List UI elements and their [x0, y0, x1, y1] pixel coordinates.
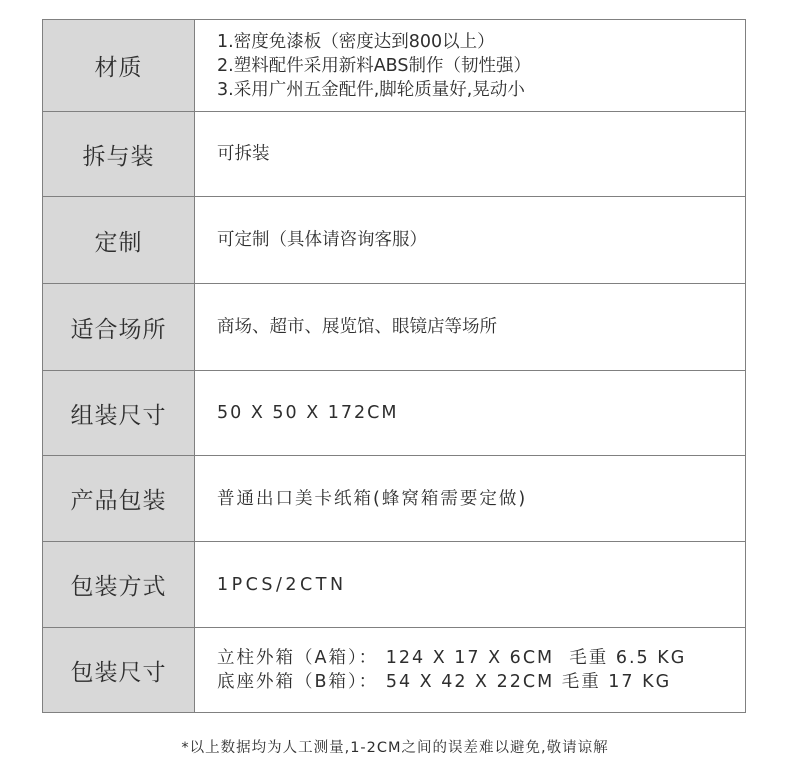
row-label: 适合场所 [43, 284, 195, 370]
row-label: 包装方式 [43, 542, 195, 627]
row-material: 材质 1.密度免漆板（密度达到800以上） 2.塑料配件采用新料ABS制作（韧性… [43, 20, 745, 112]
row-product-packaging: 产品包装 普通出口美卡纸箱(蜂窝箱需要定做) [43, 456, 745, 542]
value-line: 可定制（具体请咨询客服） [217, 228, 745, 252]
footnote: *以上数据均为人工测量,1-2CM之间的误差难以避免,敬请谅解 [0, 736, 790, 757]
row-label: 组装尺寸 [43, 371, 195, 455]
value-line: 2.塑料配件采用新料ABS制作（韧性强） [217, 54, 745, 78]
value-line: 立柱外箱（A箱）： 124 X 17 X 6CM 毛重 6.5 KG [217, 646, 745, 670]
row-label: 材质 [43, 20, 195, 111]
row-label: 包装尺寸 [43, 628, 195, 712]
row-value: 可定制（具体请咨询客服） [195, 197, 745, 283]
row-assembled-size: 组装尺寸 50 X 50 X 172CM [43, 371, 745, 456]
row-value: 立柱外箱（A箱）： 124 X 17 X 6CM 毛重 6.5 KG 底座外箱（… [195, 628, 745, 712]
value-line: 1.密度免漆板（密度达到800以上） [217, 30, 745, 54]
row-value: 商场、超市、展览馆、眼镜店等场所 [195, 284, 745, 370]
value-line: 商场、超市、展览馆、眼镜店等场所 [217, 315, 745, 339]
row-value: 50 X 50 X 172CM [195, 371, 745, 455]
row-value: 普通出口美卡纸箱(蜂窝箱需要定做) [195, 456, 745, 541]
value-line: 底座外箱（B箱）： 54 X 42 X 22CM 毛重 17 KG [217, 670, 745, 694]
value-line: 普通出口美卡纸箱(蜂窝箱需要定做) [217, 487, 745, 511]
row-packing-method: 包装方式 1PCS/2CTN [43, 542, 745, 628]
row-package-size: 包装尺寸 立柱外箱（A箱）： 124 X 17 X 6CM 毛重 6.5 KG … [43, 628, 745, 712]
row-customization: 定制 可定制（具体请咨询客服） [43, 197, 745, 284]
row-value: 可拆装 [195, 112, 745, 196]
value-line: 1PCS/2CTN [217, 573, 745, 597]
row-value: 1.密度免漆板（密度达到800以上） 2.塑料配件采用新料ABS制作（韧性强） … [195, 20, 745, 111]
spec-table: 材质 1.密度免漆板（密度达到800以上） 2.塑料配件采用新料ABS制作（韧性… [42, 19, 746, 713]
value-line: 可拆装 [217, 142, 745, 166]
row-suitable-places: 适合场所 商场、超市、展览馆、眼镜店等场所 [43, 284, 745, 371]
row-label: 定制 [43, 197, 195, 283]
row-value: 1PCS/2CTN [195, 542, 745, 627]
row-label: 产品包装 [43, 456, 195, 541]
value-line: 50 X 50 X 172CM [217, 401, 745, 425]
value-line: 3.采用广州五金配件,脚轮质量好,晃动小 [217, 78, 745, 102]
row-label: 拆与装 [43, 112, 195, 196]
row-assembly: 拆与装 可拆装 [43, 112, 745, 197]
